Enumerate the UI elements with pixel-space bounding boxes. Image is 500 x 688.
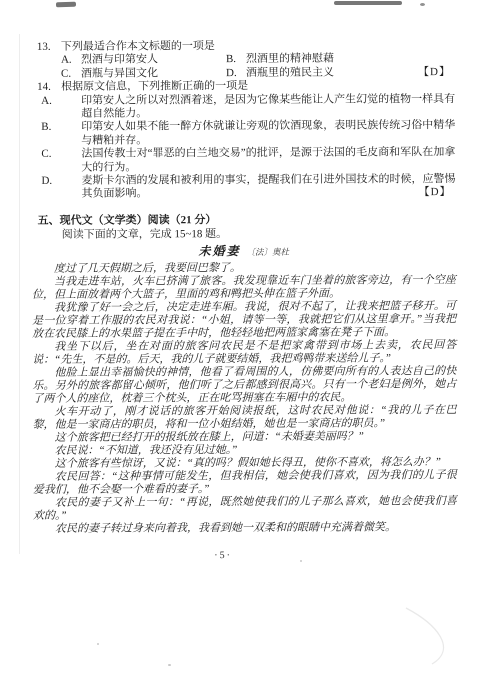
question-13-number: 13.	[37, 41, 61, 55]
section-heading: 五、现代文（文学类）阅读（21 分）	[38, 213, 456, 228]
option-13-d-text: 酒瓶里的殖民主义	[246, 66, 334, 78]
question-14: 14.根据原文信息，下列推断正确的一项是 A.印第安人之所以对烈酒着迷，是因为它…	[37, 79, 456, 201]
scan-speck	[168, 664, 171, 666]
question-13-stem-text: 下列最适合作本文标题的一项是	[61, 40, 215, 53]
option-13-a: A.烈酒与印第安人	[61, 53, 226, 67]
passage-paragraph: 我坐下以后，坐在对面的旅客问农民是不是把家禽带到市场上去卖，农民回答说：“先生，…	[32, 339, 456, 367]
option-14-c: C.法国传教士对“罪恶的白兰地交易”的批评，是源于法国的毛皮商和军队在加拿大的行…	[61, 146, 455, 175]
scanned-exam-page: 13.下列最适合作本文标题的一项是 A.烈酒与印第安人 B.烈酒里的精神慰藉 C…	[0, 0, 500, 688]
passage-paragraph: 火车开动了，刚才说话的旅客开始阅读报纸，这时农民对他说：“我的儿子在巴黎，他是一…	[32, 404, 456, 432]
essay-author: 〔法〕奥杜	[247, 246, 290, 256]
option-13-a-text: 烈酒与印第安人	[81, 54, 158, 66]
option-14-a-text: 印第安人之所以对烈酒着迷，是因为它像某些能让人产生幻觉的植物一样具有超自然能力。	[81, 93, 455, 120]
passage-paragraph: 当我走进车站，火车已挤满了旅客。我发现靠近车门坐着的旅客旁边，有一个空座位，但上…	[32, 274, 456, 302]
option-14-d-label: D.	[61, 175, 81, 188]
question-13: 13.下列最适合作本文标题的一项是 A.烈酒与印第安人 B.烈酒里的精神慰藉 C…	[37, 39, 455, 81]
scan-artifact	[334, 1, 402, 5]
option-14-c-text: 法国传教士对“罪恶的白兰地交易”的批评，是源于法国的毛皮商和军队在加拿大的行为。	[81, 146, 455, 173]
option-13-c-text: 酒瓶与异国文化	[81, 67, 158, 79]
passage-paragraph: 农民回答：“这种事情可能发生，但我相信，她会使我们喜欢，因为我们的儿子很爱我们，…	[33, 469, 457, 497]
scan-artifact	[19, 34, 20, 554]
essay-title-line: 未婚妻〔法〕奥杜	[32, 244, 456, 260]
scan-pen-mark	[398, 600, 478, 670]
option-14-a-label: A.	[61, 94, 81, 107]
essay-passage: 度过了几天假期之后，我要回巴黎了。 当我走进车站，火车已挤满了旅客。我发现靠近车…	[32, 261, 457, 536]
option-13-b-label: B.	[226, 53, 246, 66]
option-13-c: C.酒瓶与异国文化	[61, 67, 226, 81]
section-instruction: 阅读下面的文章，完成 15~18 题。	[62, 227, 456, 242]
option-14-c-label: C.	[61, 148, 81, 161]
option-14-d: D.麦斯卡尔酒的发展和被利用的事实，提醒我们在引进外国技术的时候，应警惕其负面影…	[61, 173, 455, 202]
page-content: 13.下列最适合作本文标题的一项是 A.烈酒与印第安人 B.烈酒里的精神慰藉 C…	[31, 39, 457, 563]
question-13-options-row-2: C.酒瓶与异国文化 D.酒瓶里的殖民主义 【D】	[37, 66, 455, 81]
scan-speck	[97, 643, 99, 645]
option-13-b-text: 烈酒里的精神慰藉	[246, 53, 334, 65]
question-14-answer: 【D】	[439, 187, 456, 200]
page-number: ·5·	[11, 548, 435, 563]
option-13-c-label: C.	[61, 68, 81, 81]
option-13-d: D.酒瓶里的殖民主义	[226, 66, 418, 80]
question-14-number: 14.	[37, 81, 61, 95]
scan-artifact	[56, 2, 76, 8]
option-13-d-label: D.	[226, 67, 246, 80]
option-13-a-label: A.	[61, 54, 81, 67]
passage-paragraph: 他脸上显出幸福愉快的神情，他看了看周围的人，仿佛要向所有的人表达自己的快乐。另外…	[32, 365, 456, 406]
option-14-b-text: 印第安人如果不能一醉方休就谦让旁观的饮酒现象，表明民族传统习俗中精华与糟粕并存。	[81, 120, 455, 147]
option-14-b: B.印第安人如果不能一醉方休就谦让旁观的饮酒现象，表明民族传统习俗中精华与糟粕并…	[61, 120, 455, 149]
option-14-d-text: 麦斯卡尔酒的发展和被利用的事实，提醒我们在引进外国技术的时候，应警惕其负面影响。	[81, 173, 455, 200]
passage-paragraph: 农民的妻子又补上一句：“再说，既然她使我们的儿子那么喜欢，她也会使我们喜欢的。”	[33, 495, 457, 523]
passage-paragraph: 农民的妻子转过身来向着我，我看到她一双柔和的眼睛中充满着微笑。	[33, 521, 457, 536]
question-14-stem-text: 根据原文信息，下列推断正确的一项是	[61, 80, 248, 93]
option-14-a: A.印第安人之所以对烈酒着迷，是因为它像某些能让人产生幻觉的植物一样具有超自然能…	[61, 93, 455, 122]
option-14-b-label: B.	[61, 121, 81, 134]
passage-paragraph: 我犹豫了好一会之后，决定走进车厢。我说，很对不起了，让我来把篮子移开。可是一位穿…	[32, 300, 456, 341]
scan-artifact	[420, 3, 425, 6]
question-13-answer: 【D】	[418, 66, 455, 80]
essay-title: 未婚妻	[198, 244, 240, 258]
option-13-b: B.烈酒里的精神慰藉	[226, 52, 455, 66]
